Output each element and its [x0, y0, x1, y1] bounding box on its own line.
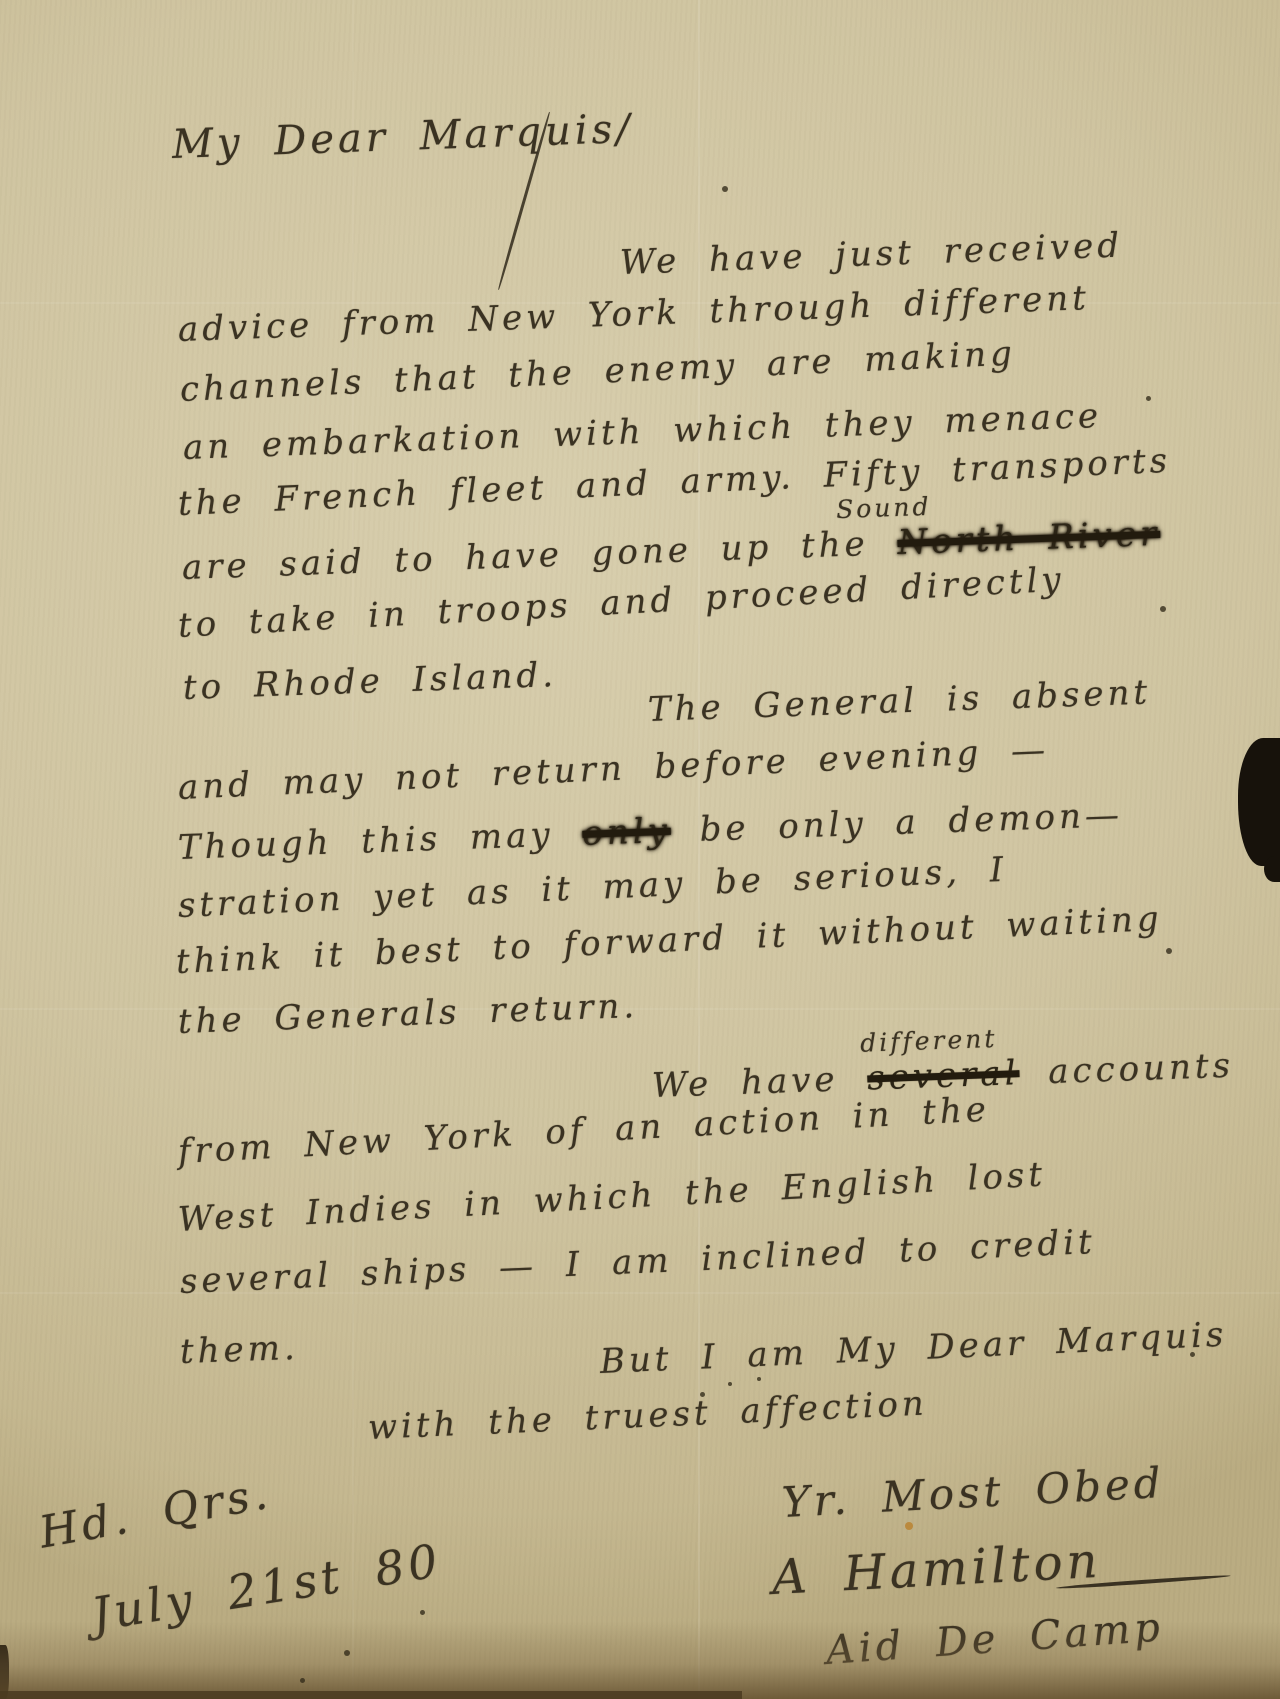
salutation: My Dear Marquis/: [171, 106, 634, 168]
letter-line: the Generals return.: [177, 986, 638, 1042]
struck-text: only: [582, 811, 672, 854]
ink-speck: [420, 1610, 425, 1615]
inserted-text: Sound: [836, 492, 932, 524]
closing-line: Yr. Most Obed: [781, 1458, 1166, 1527]
ink-speck: [1146, 396, 1151, 401]
line-text: accounts: [1019, 1046, 1235, 1093]
letter-line: We have just received: [619, 225, 1123, 283]
ink-speck: [1160, 606, 1166, 612]
ink-speck: [344, 1650, 350, 1656]
letter-line: West Indies in which the English lost: [177, 1155, 1047, 1240]
ink-speck: [722, 186, 728, 192]
dateline-date: July 21st 80: [88, 1533, 445, 1642]
ink-speck: [1190, 1352, 1195, 1357]
inserted-text: different: [860, 1024, 998, 1058]
edge-shadow: [0, 1645, 9, 1699]
ink-speck: [700, 1392, 705, 1397]
struck-text: North River: [897, 514, 1161, 563]
paper-tear-blob: [1264, 856, 1280, 882]
closing-line: with the truest affection: [367, 1384, 928, 1448]
dateline-place: Hd. Qrs.: [36, 1468, 275, 1559]
ink-speck: [1166, 948, 1172, 954]
stain-speck: [905, 1522, 913, 1530]
letter-line: and may not return before evening —: [177, 730, 1050, 808]
letter-line: The General is absent: [647, 672, 1151, 730]
letter-line: from New York of an action in the: [177, 1089, 991, 1171]
line-text: be only a demon—: [670, 795, 1123, 851]
letter-line: several ships — I am inclined to credit: [179, 1222, 1096, 1302]
ink-speck: [728, 1382, 732, 1386]
letter-line: to Rhode Island.: [182, 655, 557, 708]
paper-tear-blob: [1238, 738, 1280, 866]
signature-role: Aid De Camp: [824, 1604, 1165, 1673]
letter-line: them.: [179, 1328, 299, 1372]
ink-speck: [300, 1678, 305, 1683]
ink-speck: [757, 1377, 761, 1381]
line-text: Though this may: [177, 814, 583, 868]
bottom-scan-edge: [0, 1691, 742, 1699]
closing-line: But I am My Dear Marquis: [599, 1315, 1228, 1382]
signature: A Hamilton: [771, 1533, 1103, 1606]
letter-page: My Dear Marquis/ We have just received a…: [0, 0, 1280, 1699]
